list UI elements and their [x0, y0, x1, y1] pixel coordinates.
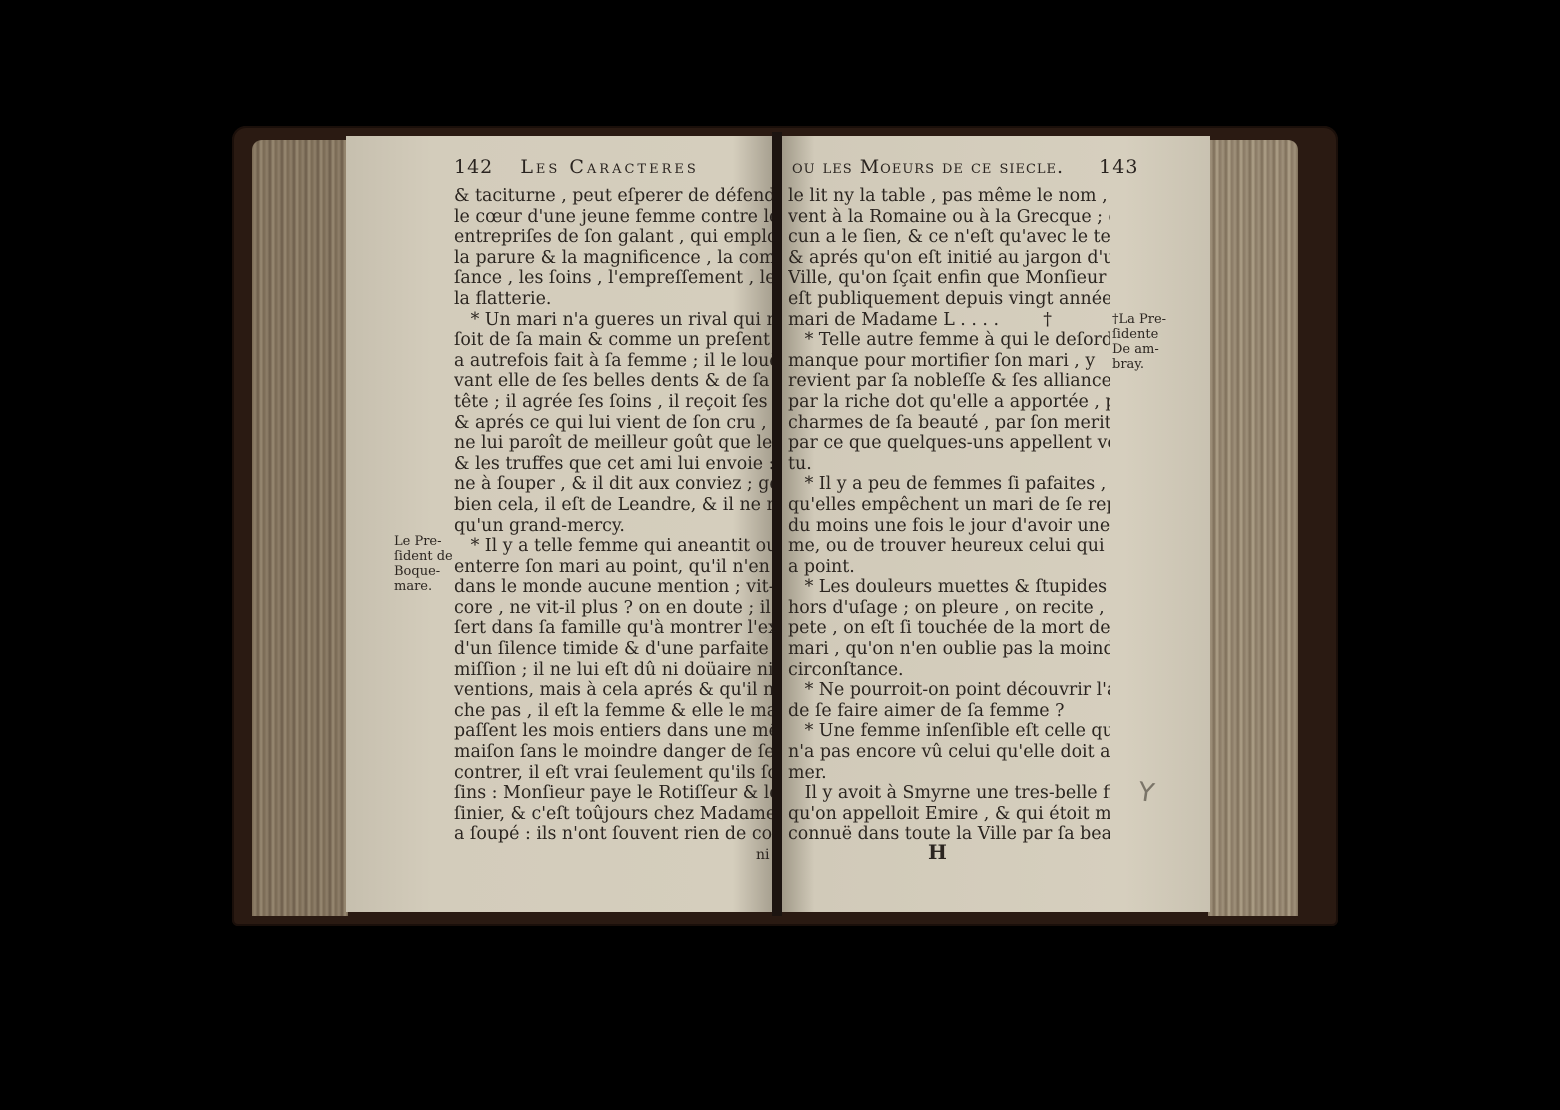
- margin-note-line: ſident de: [394, 549, 453, 564]
- left-margin-note: Le Pre- ſident de Boque- mare.: [394, 534, 453, 594]
- right-page-number: 143: [1099, 156, 1138, 178]
- text-line: * Telle autre femme à qui le deſordre: [788, 330, 1110, 351]
- left-page-number: 142: [454, 156, 493, 178]
- left-page-header: 142 Les Caracteres: [454, 156, 699, 178]
- text-line: le lit ny la table , pas même le nom , i…: [788, 186, 1110, 207]
- text-line: ne lui paroît de meilleur goût que le gi…: [454, 433, 772, 454]
- text-line: d'un ſilence timide & d'une parfaite ſou…: [454, 639, 772, 660]
- right-page-header: ou les Moeurs de ce siecle. 143: [792, 156, 1138, 178]
- text-line: core , ne vit-il plus ? on en doute ; il…: [454, 598, 772, 619]
- text-line: ventions, mais à cela aprés & qu'il n'ac…: [454, 680, 772, 701]
- text-line: a ſoupé : ils n'ont ſouvent rien de comm…: [454, 824, 772, 845]
- text-line: circonſtance.: [788, 660, 1110, 681]
- text-line: * Il y a telle femme qui aneantit ou qui: [454, 536, 772, 557]
- text-line: * Les douleurs muettes & ſtupides ſont: [788, 577, 1110, 598]
- text-line: revient par ſa nobleſſe & ſes alliances …: [788, 371, 1110, 392]
- text-line: vant elle de ſes belles dents & de ſa be…: [454, 371, 772, 392]
- text-line: qu'on appelloit Emire , & qui étoit moin…: [788, 804, 1110, 825]
- text-line: bien cela, il eſt de Leandre, & il ne me…: [454, 495, 772, 516]
- margin-note-line: ſidente: [1112, 327, 1166, 342]
- text-line: n'a pas encore vû celui qu'elle doit ai-: [788, 742, 1110, 763]
- left-catchword: ni: [756, 845, 770, 866]
- text-line: charmes de ſa beauté , par ſon merite ,: [788, 413, 1110, 434]
- text-line: qu'elles empêchent un mari de ſe repenti…: [788, 495, 1110, 516]
- text-line: la flatterie.: [454, 289, 772, 310]
- text-line: * Il y a peu de femmes ſi pafaites ,: [788, 474, 1110, 495]
- text-line: ne à ſouper , & il dit aux conviez ; goû…: [454, 474, 772, 495]
- text-line: qu'un grand-mercy.: [454, 516, 772, 537]
- margin-note-line: De am-: [1112, 342, 1166, 357]
- text-line: connuë dans toute la Ville par ſa beauté: [788, 824, 1110, 845]
- text-line: enterre ſon mari au point, qu'il n'en eſ…: [454, 557, 772, 578]
- text-line: cun a le ſien, & ce n'eſt qu'avec le tem…: [788, 227, 1110, 248]
- text-line: hors d'uſage ; on pleure , on recite , o…: [788, 598, 1110, 619]
- right-running-head: ou les Moeurs de ce siecle.: [792, 156, 1064, 178]
- text-line: * Ne pourroit-on point découvrir l'art: [788, 680, 1110, 701]
- text-line: & aprés ce qui lui vient de ſon cru , ri…: [454, 413, 772, 434]
- text-line: mari de Madame L . . . . †: [788, 310, 1110, 331]
- text-line: vent à la Romaine ou à la Grecque ; cha-: [788, 207, 1110, 228]
- left-running-head: Les Caracteres: [520, 156, 698, 178]
- text-line: a autrefois fait à ſa femme ; il le louë…: [454, 351, 772, 372]
- text-line: & taciturne , peut eſperer de défendre: [454, 186, 772, 207]
- text-line: ſins : Monſieur paye le Rotiſſeur & le C…: [454, 783, 772, 804]
- book-gutter: [772, 132, 782, 916]
- margin-note-line: bray.: [1112, 357, 1166, 372]
- margin-note-line: mare.: [394, 579, 453, 594]
- right-page-body: le lit ny la table , pas même le nom , i…: [788, 186, 1110, 845]
- text-line: maiſon ſans le moindre danger de ſe ren-: [454, 742, 772, 763]
- text-line: du moins une fois le jour d'avoir une fe…: [788, 516, 1110, 537]
- right-margin-note: †La Pre- ſidente De am- bray.: [1112, 312, 1166, 372]
- right-page-edges: [1208, 140, 1298, 916]
- text-line: le cœur d'une jeune femme contre les: [454, 207, 772, 228]
- text-line: pete , on eſt ſi touchée de la mort de ſ…: [788, 618, 1110, 639]
- text-line: tête ; il agrée ſes ſoins , il reçoit ſe…: [454, 392, 772, 413]
- margin-note-line: †La Pre-: [1112, 312, 1166, 327]
- text-line: che pas , il eſt la femme & elle le mari…: [454, 701, 772, 722]
- text-line: & les truffes que cet ami lui envoie : i…: [454, 454, 772, 475]
- text-line: ſance , les ſoins , l'empreſſement , les…: [454, 268, 772, 289]
- text-line: mer.: [788, 763, 1110, 784]
- text-line: contrer, il eſt vrai ſeulement qu'ils ſo…: [454, 763, 772, 784]
- text-line: la parure & la magnificence , la complai…: [454, 248, 772, 269]
- text-line: ſinier, & c'eſt toûjours chez Madame qu'…: [454, 804, 772, 825]
- text-line: manque pour mortifier ſon mari , y: [788, 351, 1110, 372]
- left-page-edges: [252, 140, 348, 916]
- text-line: mari , qu'on n'en oublie pas la moindre: [788, 639, 1110, 660]
- text-line: * Un mari n'a gueres un rival qui ne: [454, 310, 772, 331]
- text-line: Il y avoit à Smyrne une tres-belle fille: [788, 783, 1110, 804]
- text-line: dans le monde aucune mention ; vit-il en…: [454, 577, 772, 598]
- text-line: eſt publiquement depuis vingt annéees le: [788, 289, 1110, 310]
- text-line: Ville, qu'on ſçait enfin que Monſieur B.…: [788, 268, 1110, 289]
- text-line: par ce que quelques-uns appellent ver-: [788, 433, 1110, 454]
- signature-mark: H: [928, 840, 947, 864]
- text-line: tu.: [788, 454, 1110, 475]
- margin-note-line: Boque-: [394, 564, 453, 579]
- text-line: ſert dans ſa famille qu'à montrer l'exem…: [454, 618, 772, 639]
- text-line: ſoit de ſa main & comme un preſent qu'il: [454, 330, 772, 351]
- text-line: paſſent les mois entiers dans une même: [454, 721, 772, 742]
- left-page-body: & taciturne , peut eſperer de défendrele…: [454, 186, 772, 845]
- text-line: de ſe faire aimer de ſa femme ?: [788, 701, 1110, 722]
- text-line: * Une femme inſenſible eſt celle qui: [788, 721, 1110, 742]
- text-line: & aprés qu'on eſt initié au jargon d'une: [788, 248, 1110, 269]
- text-line: par la riche dot qu'elle a apportée , pa…: [788, 392, 1110, 413]
- text-line: me, ou de trouver heureux celui qui n'en: [788, 536, 1110, 557]
- margin-note-line: Le Pre-: [394, 534, 453, 549]
- text-line: entrepriſes de ſon galant , qui employe: [454, 227, 772, 248]
- text-line: miſſion ; il ne lui eſt dû ni doüaire ni…: [454, 660, 772, 681]
- text-line: a point.: [788, 557, 1110, 578]
